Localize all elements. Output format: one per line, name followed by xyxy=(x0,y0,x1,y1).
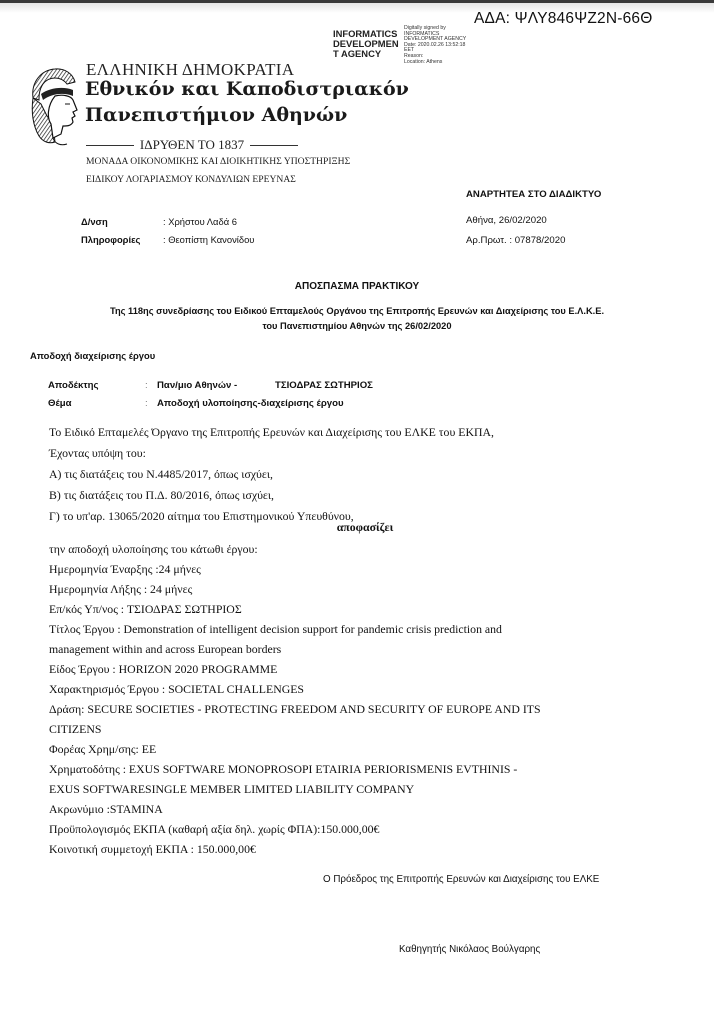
decision-line: Κοινοτική συμμετοχή ΕΚΠΑ : 150.000,00€ xyxy=(49,842,256,857)
signer-name: Καθηγητής Νικόλαος Βούλγαρης xyxy=(399,944,540,955)
section-heading: Αποδοχή διαχείρισης έργου xyxy=(30,350,155,361)
university-name-line2: Πανεπιστήμιον Αθηνών xyxy=(85,104,347,126)
decision-line: Επ/κός Υπ/νος : ΤΣΙΟΔΡΑΣ ΣΩΤΗΡΙΟΣ xyxy=(49,602,242,617)
info-value: : Θεοπίστη Κανονίδου xyxy=(163,234,254,245)
decision-line: Ημερομηνία Λήξης : 24 μήνες xyxy=(49,582,192,597)
address-label: Δ/νση xyxy=(81,216,108,227)
republic-heading: ΕΛΛΗΝΙΚΗ ΔΗΜΟΚΡΑΤΙΑ xyxy=(86,60,294,80)
protocol-number: Αρ.Πρωτ. : 07878/2020 xyxy=(466,235,565,246)
unit-name-line1: ΜΟΝΑΔΑ ΟΙΚΟΝΟΜΙΚΗΣ ΚΑΙ ΔΙΟΙΚΗΤΙΚΗΣ ΥΠΟΣΤ… xyxy=(86,156,350,167)
decision-line: Τίτλος Έργου : Demonstration of intellig… xyxy=(49,622,502,637)
decision-line: Φορέας Χρημ/σης: ΕΕ xyxy=(49,742,156,757)
preamble-line: Το Ειδικό Επταμελές Όργανο της Επιτροπής… xyxy=(49,425,494,440)
athena-head-emblem-icon xyxy=(27,64,81,148)
place-date: Αθήνα, 26/02/2020 xyxy=(466,215,547,226)
decision-line: CITIZENS xyxy=(49,722,101,737)
recipient-label: Αποδέκτης xyxy=(48,380,99,391)
preamble-line: Β) τις διατάξεις του Π.Δ. 80/2016, όπως … xyxy=(49,488,274,503)
decision-verb: αποφασίζει xyxy=(0,520,714,535)
document-subtitle-line1: Της 118ης συνεδρίασης του Ειδικού Επταμε… xyxy=(0,306,714,316)
preamble-line: Α) τις διατάξεις του Ν.4485/2017, όπως ι… xyxy=(49,467,273,482)
decision-line: Είδος Έργου : HORIZON 2020 PROGRAMME xyxy=(49,662,277,677)
divider xyxy=(86,145,134,146)
info-label: Πληροφορίες xyxy=(81,234,140,245)
subject-colon: : xyxy=(145,398,148,409)
subject-value: Αποδοχή υλοποίησης-διαχείρισης έργου xyxy=(157,398,344,409)
address-value: : Χρήστου Λαδά 6 xyxy=(163,216,237,227)
chair-title: Ο Πρόεδρος της Επιτροπής Ερευνών και Δια… xyxy=(323,874,599,885)
decision-line: την αποδοχή υλοποίησης του κάτωθι έργου: xyxy=(49,542,258,557)
decision-line: Δράση: SECURE SOCIETIES - PROTECTING FRE… xyxy=(49,702,541,717)
ada-code: ΑΔΑ: ΨΛΥ846ΨΖ2Ν-66Θ xyxy=(474,10,653,28)
recipient-colon: : xyxy=(145,380,148,391)
decision-line: management within and across European bo… xyxy=(49,642,281,657)
decision-line: Χρηματοδότης : EXUS SOFTWARE MONOPROSOPI… xyxy=(49,762,517,777)
decision-line: Χαρακτηρισμός Έργου : SOCIETAL CHALLENGE… xyxy=(49,682,304,697)
subject-label: Θέμα xyxy=(48,398,72,409)
preamble-line: Έχοντας υπόψη του: xyxy=(49,446,146,461)
document-title: ΑΠΟΣΠΑΣΜΑ ΠΡΑΚΤΙΚΟΥ xyxy=(0,281,714,292)
decision-line: EXUS SOFTWARESINGLE MEMBER LIMITED LIABI… xyxy=(49,782,414,797)
decision-line: Ημερομηνία Έναρξης :24 μήνες xyxy=(49,562,201,577)
recipient-value: Παν/μιο Αθηνών - xyxy=(157,380,237,391)
decision-line: Προϋπολογισμός ΕΚΠΑ (καθαρή αξία δηλ. χω… xyxy=(49,822,379,837)
decision-verb-text: αποφασίζει xyxy=(337,520,394,534)
divider xyxy=(250,145,298,146)
unit-name-line2: ΕΙΔΙΚΟΥ ΛΟΓΑΡΙΑΣΜΟΥ ΚΟΝΔΥΛΙΩΝ ΕΡΕΥΝΑΣ xyxy=(86,174,296,185)
founded-banner: ΙΔΡΥΘΕΝ ΤΟ 1837 xyxy=(86,137,298,153)
publish-notice: ΑΝΑΡΤΗΤΕΑ ΣΤΟ ΔΙΑΔΙΚΤΥΟ xyxy=(466,189,601,200)
document-subtitle-line2: του Πανεπιστημίου Αθηνών της 26/02/2020 xyxy=(0,321,714,331)
digital-signature-details: Digitally signed by INFORMATICS DEVELOPM… xyxy=(404,26,466,65)
digital-signature-name: INFORMATICS DEVELOPMEN T AGENCY xyxy=(333,29,399,59)
university-name-line1: Εθνικόν και Καποδιστριακόν xyxy=(85,78,409,100)
decision-line: Ακρωνύμιο :STAMINA xyxy=(49,802,163,817)
founded-text: ΙΔΡΥΘΕΝ ΤΟ 1837 xyxy=(134,137,250,153)
recipient-person: ΤΣΙΟΔΡΑΣ ΣΩΤΗΡΙΟΣ xyxy=(275,380,373,391)
